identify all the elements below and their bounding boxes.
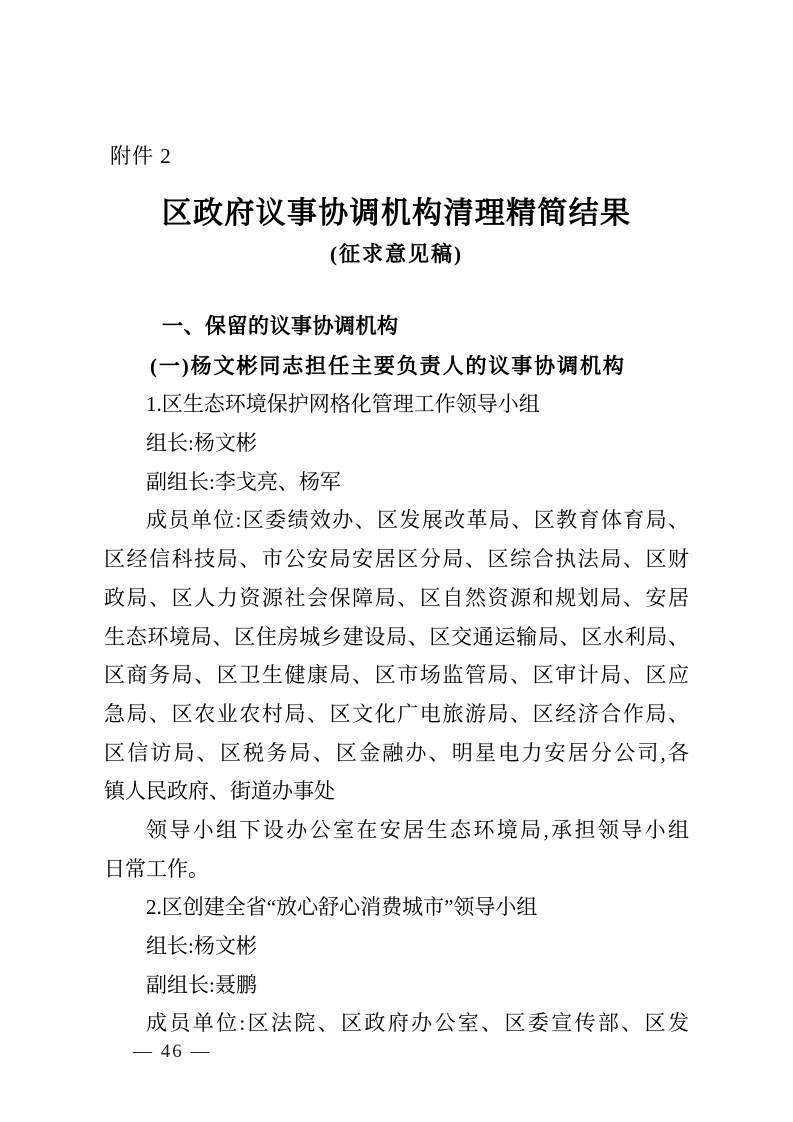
text-line: 日常工作。 [104, 850, 689, 889]
document-title: 区政府议事协调机构清理精简结果 [0, 188, 793, 232]
item-2-leader: 组长:杨文彬 [104, 927, 689, 966]
document-subtitle: (征求意见稿) [0, 238, 793, 268]
item-2-group-title: 2.区创建全省“放心舒心消费城市”领导小组 [104, 888, 689, 927]
text-line: 组长:杨文彬 [104, 424, 689, 463]
text-line: 区经信科技局、市公安局安居区分局、区综合执法局、区财 [104, 540, 689, 579]
text-line: 急局、区农业农村局、区文化广电旅游局、区经济合作局、 [104, 695, 689, 734]
text-line: 副组长:李戈亮、杨军 [104, 463, 689, 502]
attachment-label: 附件 2 [110, 140, 172, 170]
section-heading: 一、保留的议事协调机构 [104, 308, 689, 347]
item-2-member-units: 成员单位:区法院、区政府办公室、区委宣传部、区发 [104, 1004, 689, 1043]
page-number: — 46 — [133, 1041, 212, 1063]
document-page: 附件 2 区政府议事协调机构清理精简结果 (征求意见稿) 一、保留的议事协调机构… [0, 0, 793, 1122]
item-1-leader: 组长:杨文彬 [104, 424, 689, 463]
text-line: 成员单位:区法院、区政府办公室、区委宣传部、区发 [104, 1004, 689, 1043]
item-2-deputy-leaders: 副组长:聂鹏 [104, 966, 689, 1005]
text-line: 区商务局、区卫生健康局、区市场监管局、区审计局、区应 [104, 656, 689, 695]
item-1-deputy-leaders: 副组长:李戈亮、杨军 [104, 463, 689, 502]
text-line: 成员单位:区委绩效办、区发展改革局、区教育体育局、 [104, 501, 689, 540]
document-body: 一、保留的议事协调机构 (一)杨文彬同志担任主要负责人的议事协调机构 1.区生态… [104, 308, 689, 1043]
item-1-office-note: 领导小组下设办公室在安居生态环境局,承担领导小组日常工作。 [104, 811, 689, 888]
text-line: 组长:杨文彬 [104, 927, 689, 966]
text-line: 生态环境局、区住房城乡建设局、区交通运输局、区水利局、 [104, 618, 689, 657]
text-line: 领导小组下设办公室在安居生态环境局,承担领导小组 [104, 811, 689, 850]
paragraphs-container: 1.区生态环境保护网格化管理工作领导小组组长:杨文彬副组长:李戈亮、杨军成员单位… [104, 385, 689, 1043]
text-line: 区信访局、区税务局、区金融办、明星电力安居分公司,各 [104, 734, 689, 773]
item-1-member-units: 成员单位:区委绩效办、区发展改革局、区教育体育局、区经信科技局、市公安局安居区分… [104, 501, 689, 811]
text-line: 2.区创建全省“放心舒心消费城市”领导小组 [104, 888, 689, 927]
text-line: 副组长:聂鹏 [104, 966, 689, 1005]
text-line: 1.区生态环境保护网格化管理工作领导小组 [104, 385, 689, 424]
text-line: 政局、区人力资源社会保障局、区自然资源和规划局、安居 [104, 579, 689, 618]
item-1-group-title: 1.区生态环境保护网格化管理工作领导小组 [104, 385, 689, 424]
text-line: 镇人民政府、街道办事处 [104, 772, 689, 811]
subsection-heading: (一)杨文彬同志担任主要负责人的议事协调机构 [104, 347, 689, 386]
